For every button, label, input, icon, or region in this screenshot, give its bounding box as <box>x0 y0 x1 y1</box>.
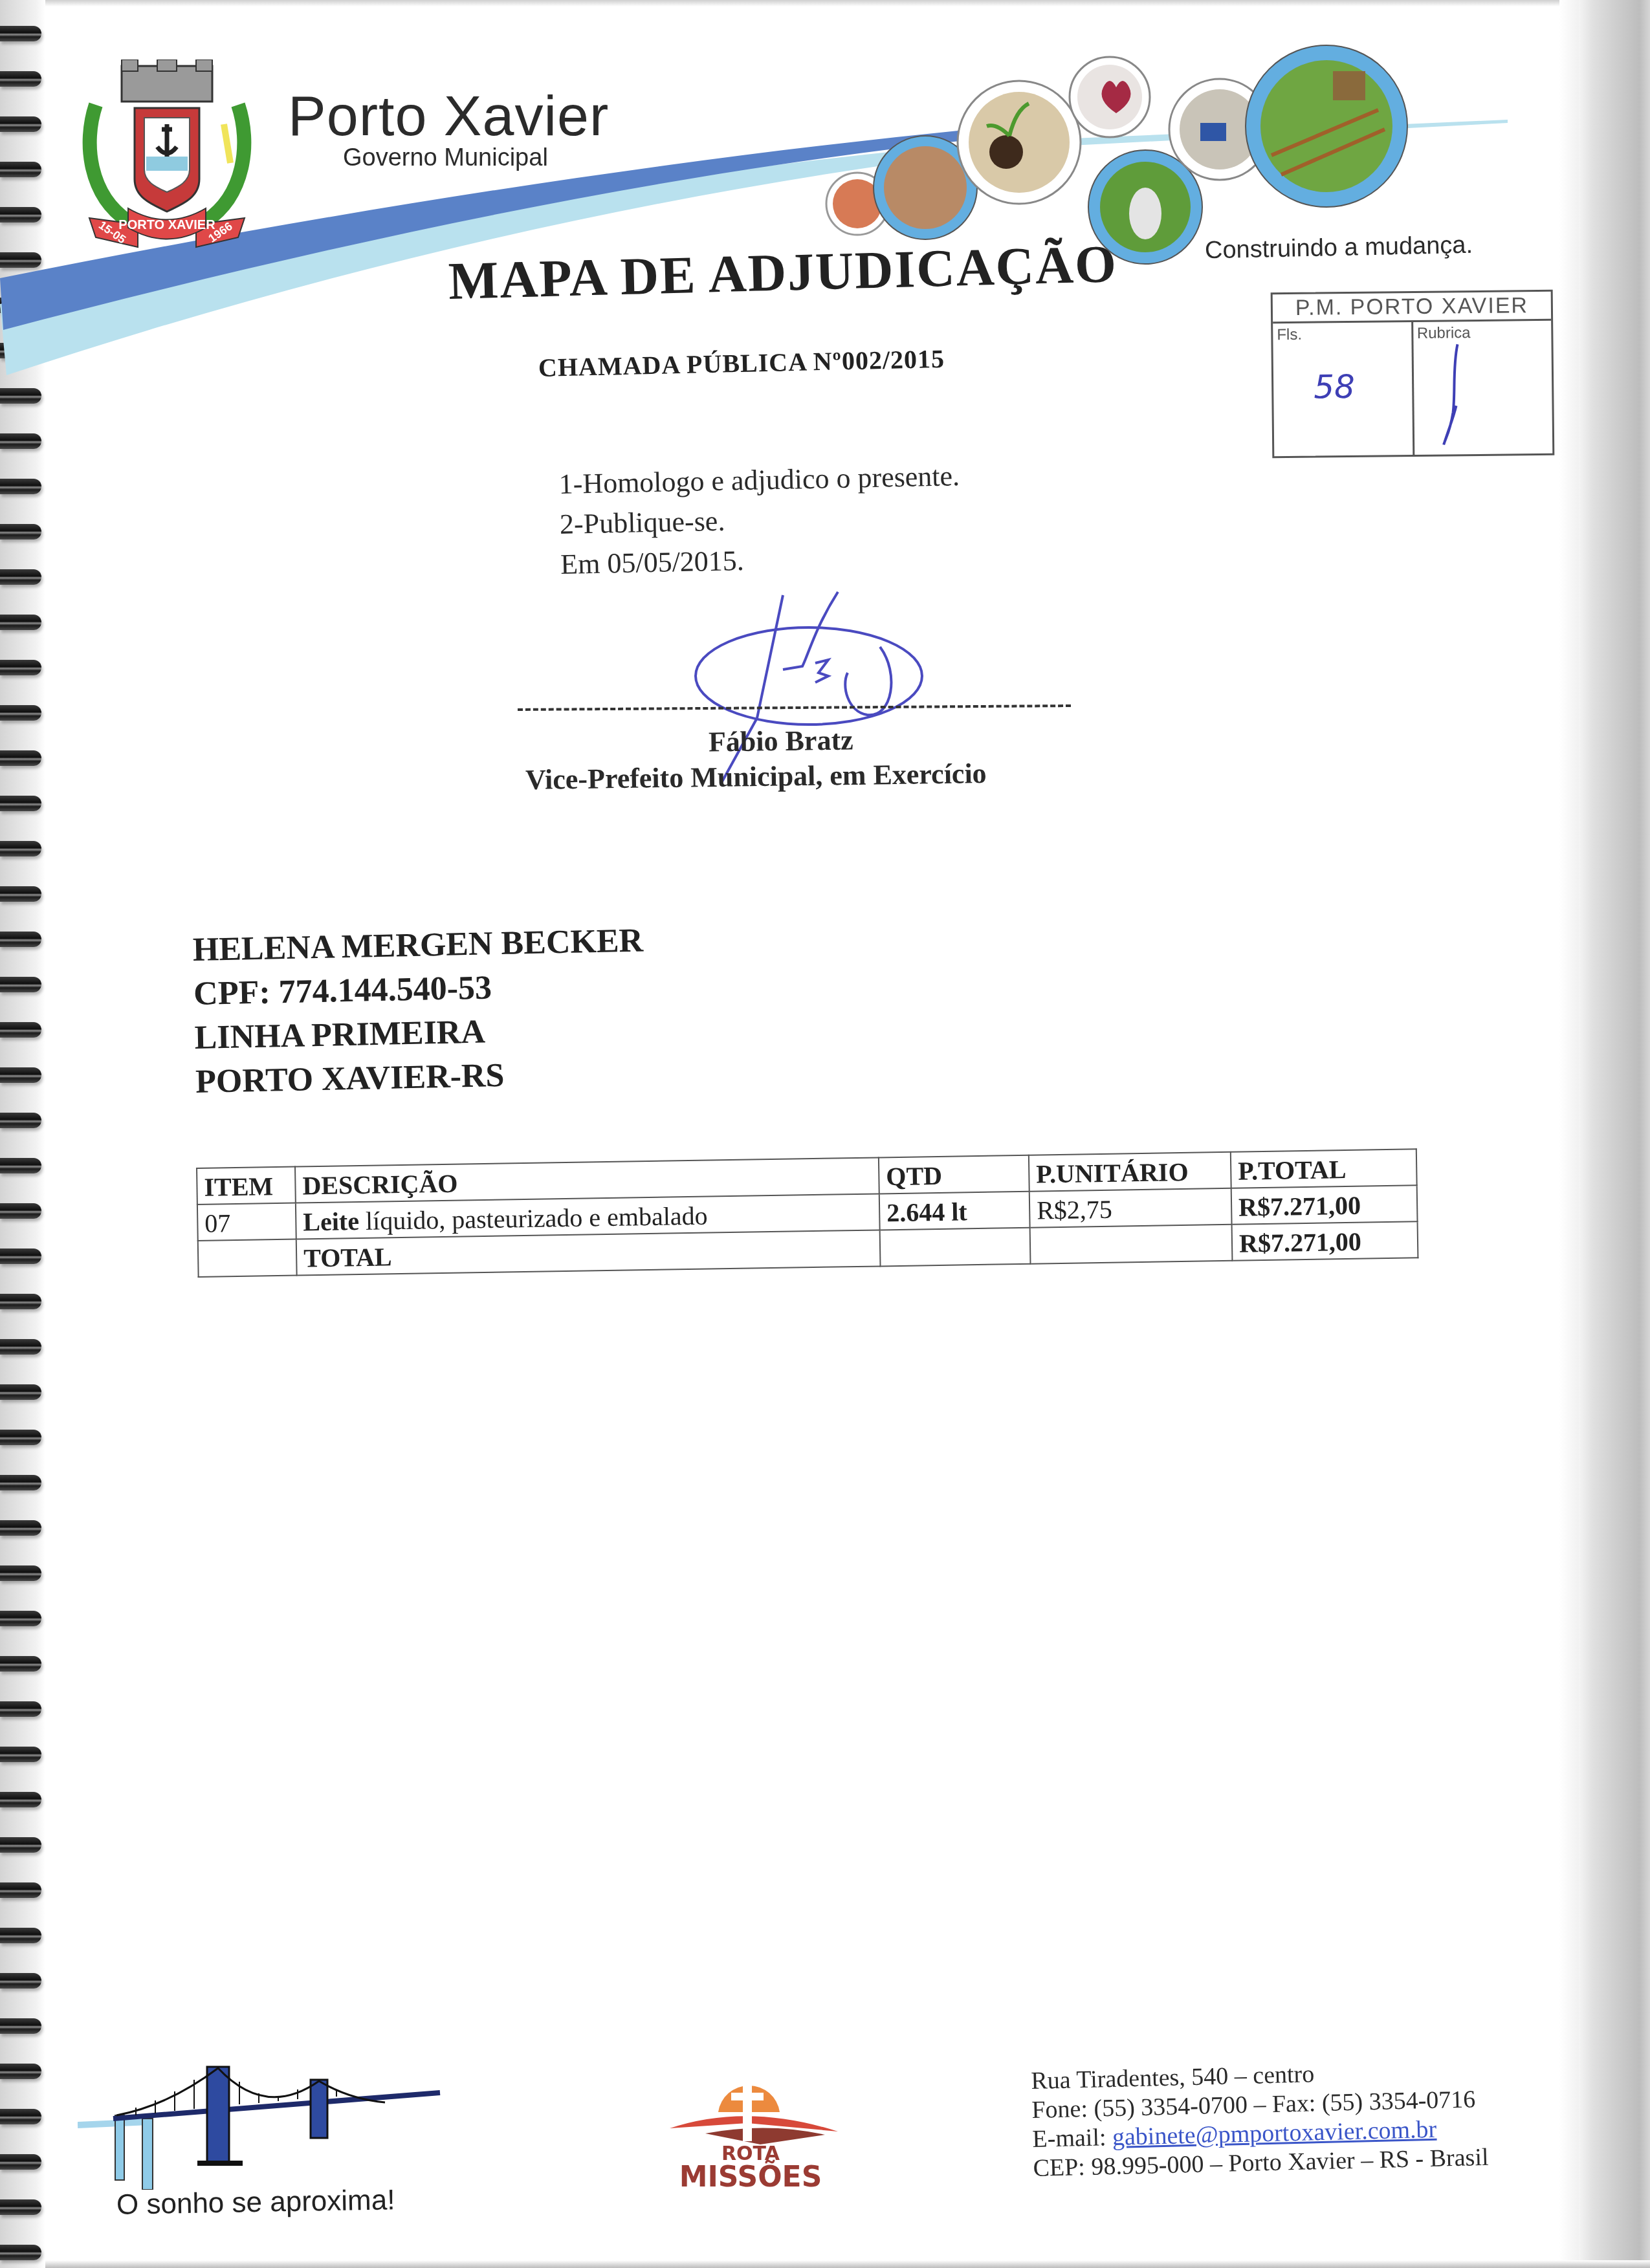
page-right-shadow <box>1559 0 1579 2268</box>
spiral-ring <box>0 71 41 87</box>
cell-total-price: R$7.271,00 <box>1231 1185 1418 1225</box>
spiral-ring <box>0 1430 41 1445</box>
spiral-ring <box>0 1656 41 1672</box>
spiral-ring <box>0 1701 41 1717</box>
brand-title: Porto Xavier <box>288 83 609 149</box>
spiral-ring <box>0 1158 41 1173</box>
spiral-ring <box>0 1203 41 1219</box>
col-header-total-price: P.TOTAL <box>1231 1149 1417 1188</box>
municipal-crest-icon: PORTO XAVIER 15-05 1966 <box>76 60 258 254</box>
spiral-ring <box>0 1882 41 1898</box>
page-top-edge <box>0 0 1579 6</box>
spiral-ring <box>0 841 41 856</box>
spiral-ring <box>0 615 41 630</box>
rota-logo-line2: MISSÕES <box>673 2161 828 2194</box>
slogan: Construindo a mudança. <box>1205 232 1473 265</box>
spiral-ring <box>0 660 41 675</box>
stamp-fls-value: 58 <box>1314 368 1355 406</box>
spiral-ring <box>0 433 41 449</box>
total-value: R$7.271,00 <box>1232 1221 1418 1261</box>
rubrica-signature-icon <box>1433 341 1473 452</box>
spiral-ring <box>0 2245 41 2260</box>
spiral-ring <box>0 1837 41 1853</box>
spiral-ring <box>0 1611 41 1626</box>
protocol-stamp: P.M. PORTO XAVIER Fls. 58 Rubrica <box>1271 290 1555 459</box>
brand-subtitle: Governo Municipal <box>343 144 548 172</box>
spiral-ring <box>0 26 41 41</box>
spiral-ring <box>0 796 41 811</box>
stamp-rubrica-label: Rubrica <box>1417 324 1471 343</box>
cell-item: 07 <box>197 1203 296 1241</box>
spiral-ring <box>0 1973 41 1989</box>
items-table: ITEM DESCRIÇÃO QTD P.UNITÁRIO P.TOTAL 07… <box>196 1148 1418 1278</box>
spiral-ring <box>0 1475 41 1490</box>
spiral-ring <box>0 1384 41 1400</box>
spiral-ring <box>0 1294 41 1309</box>
spiral-ring <box>0 977 41 992</box>
dispatch-line: Em 05/05/2015. <box>560 536 962 585</box>
spiral-ring <box>0 2199 41 2215</box>
email-label: E-mail: <box>1032 2124 1112 2153</box>
spiral-ring <box>0 1067 41 1083</box>
bridge-photo-icon <box>884 146 967 229</box>
spiral-ring <box>0 2109 41 2124</box>
spiral-ring <box>0 479 41 494</box>
col-header-item: ITEM <box>197 1167 296 1205</box>
stamp-rubrica-cell: Rubrica <box>1411 321 1553 455</box>
page-bottom-edge <box>0 2260 1650 2268</box>
crop-field-photo-icon <box>1260 60 1392 192</box>
svg-text:PORTO XAVIER: PORTO XAVIER <box>118 218 215 232</box>
stamp-header: P.M. PORTO XAVIER <box>1273 292 1551 324</box>
spiral-ring <box>0 524 41 540</box>
spiral-ring <box>0 388 41 404</box>
spiral-ring <box>0 1113 41 1128</box>
cell-empty <box>198 1239 297 1277</box>
spiral-ring <box>0 1339 41 1355</box>
supplier-city: PORTO XAVIER-RS <box>195 1051 646 1104</box>
supplier-block: HELENA MERGEN BECKER CPF: 774.144.540-53… <box>192 919 646 1104</box>
bridge-caption: O sonho se aproxima! <box>116 2184 395 2221</box>
bridge-logo-icon <box>78 2054 466 2190</box>
page-right-edge <box>1579 0 1650 2268</box>
spiral-ring <box>0 1747 41 1762</box>
dispatch-text: 1-Homologo e adjudico o presente. 2-Publ… <box>558 456 962 585</box>
spiral-ring <box>0 1928 41 1943</box>
cell-unit-price: R$2,75 <box>1029 1188 1232 1228</box>
dispatch-line: 1-Homologo e adjudico o presente. <box>558 456 960 505</box>
spiral-ring <box>0 750 41 766</box>
spiral-ring <box>0 1248 41 1264</box>
signer-name: Fábio Bratz <box>709 723 853 758</box>
spiral-ring <box>0 2064 41 2079</box>
spiral-ring <box>0 569 41 585</box>
spiral-ring <box>0 705 41 721</box>
cell-qtd: 2.644 lt <box>879 1192 1030 1230</box>
signer-role: Vice-Prefeito Municipal, em Exercício <box>525 757 987 796</box>
stamp-fls-cell: Fls. 58 <box>1273 322 1413 456</box>
spiral-ring <box>0 1022 41 1038</box>
spiral-ring <box>0 932 41 947</box>
spiral-ring <box>0 2018 41 2034</box>
spiral-ring <box>0 1565 41 1581</box>
stamp-fls-label: Fls. <box>1277 326 1302 344</box>
spiral-ring <box>0 886 41 902</box>
cell-empty <box>1030 1225 1233 1264</box>
col-header-unit-price: P.UNITÁRIO <box>1029 1152 1231 1192</box>
cell-empty <box>880 1228 1031 1267</box>
spiral-ring <box>0 1520 41 1536</box>
spiral-ring <box>0 2154 41 2170</box>
contact-block: Rua Tiradentes, 540 – centro Fone: (55) … <box>1031 2056 1489 2183</box>
col-header-qtd: QTD <box>879 1155 1029 1194</box>
spiral-ring <box>0 1792 41 1807</box>
